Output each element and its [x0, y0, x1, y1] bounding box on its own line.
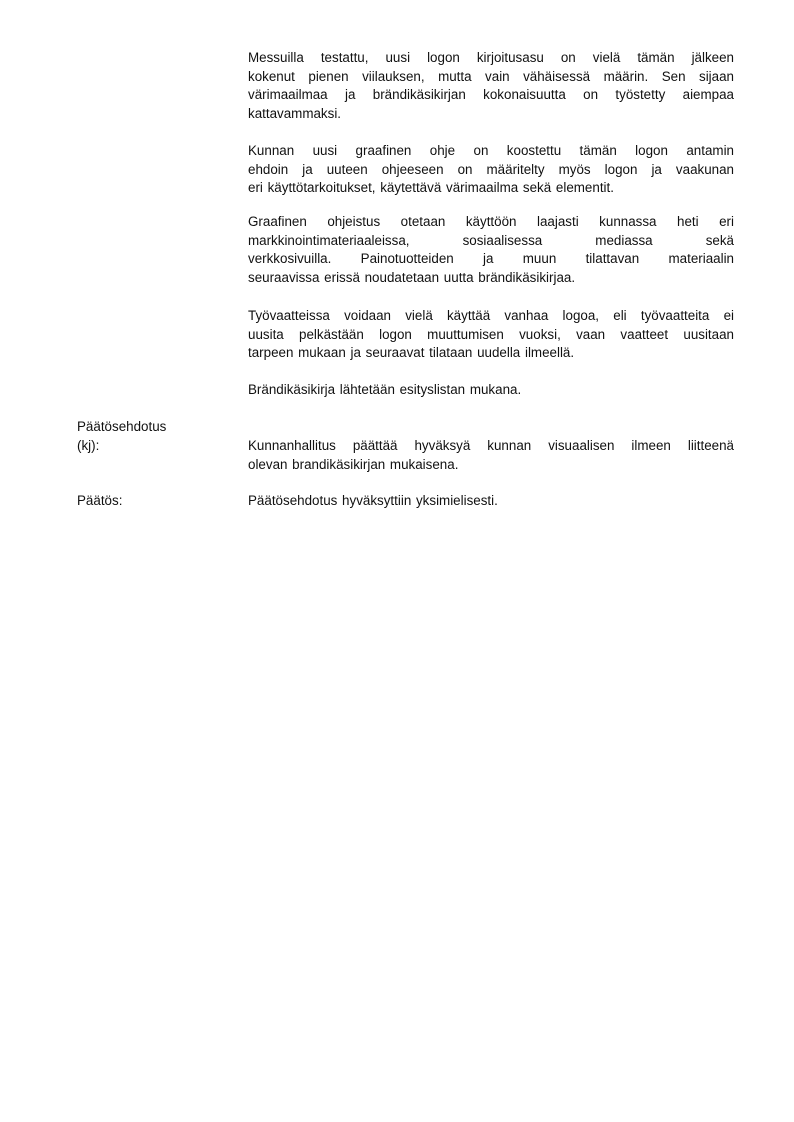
text-line: värimaailmaa ja brändikäsikirjan kokonai…: [248, 86, 734, 105]
text-line: Työvaatteissa voidaan vielä käyttää vanh…: [248, 307, 734, 326]
text-line: eri käyttötarkoitukset, käytettävä värim…: [248, 179, 734, 198]
text-line: ehdoin ja uuteen ohjeeseen on määritelty…: [248, 161, 734, 180]
text-line: kokenut pienen viilauksen, mutta vain vä…: [248, 68, 734, 87]
text-line: Messuilla testattu, uusi logon kirjoitus…: [248, 49, 734, 68]
text-line: Päätösehdotus hyväksyttiin yksimielisest…: [248, 492, 734, 511]
proposal-label-line2: (kj):: [77, 437, 166, 456]
text-line: tarpeen mukaan ja seuraavat tilataan uud…: [248, 344, 734, 363]
paragraph-workwear: Työvaatteissa voidaan vielä käyttää vanh…: [248, 307, 734, 363]
text-line: markkinointimateriaaleissa, sosiaalisess…: [248, 232, 734, 251]
proposal-label-line1: Päätösehdotus: [77, 418, 166, 437]
text-line: Kunnan uusi graafinen ohje on koostettu …: [248, 142, 734, 161]
text-line: Graafinen ohjeistus otetaan käyttöön laa…: [248, 213, 734, 232]
paragraph-logo-update: Messuilla testattu, uusi logon kirjoitus…: [248, 49, 734, 123]
paragraph-adoption: Graafinen ohjeistus otetaan käyttöön laa…: [248, 213, 734, 287]
text-line: Brändikäsikirja lähtetään esityslistan m…: [248, 381, 734, 400]
proposal-label: Päätösehdotus (kj):: [77, 418, 166, 455]
text-line: Kunnanhallitus päättää hyväksyä kunnan v…: [248, 437, 734, 456]
paragraph-attachment: Brändikäsikirja lähtetään esityslistan m…: [248, 381, 734, 400]
text-line: olevan brandikäsikirjan mukaisena.: [248, 456, 734, 475]
text-line: seuraavissa erissä noudatetaan uutta brä…: [248, 269, 734, 288]
proposal-text: Kunnanhallitus päättää hyväksyä kunnan v…: [248, 437, 734, 474]
decision-text: Päätösehdotus hyväksyttiin yksimielisest…: [248, 492, 734, 511]
text-line: verkkosivuilla. Painotuotteiden ja muun …: [248, 250, 734, 269]
text-line: uusita pelkästään logon muuttumisen vuok…: [248, 326, 734, 345]
text-line: kattavammaksi.: [248, 105, 734, 124]
paragraph-graphic-guide: Kunnan uusi graafinen ohje on koostettu …: [248, 142, 734, 198]
decision-label: Päätös:: [77, 492, 122, 511]
